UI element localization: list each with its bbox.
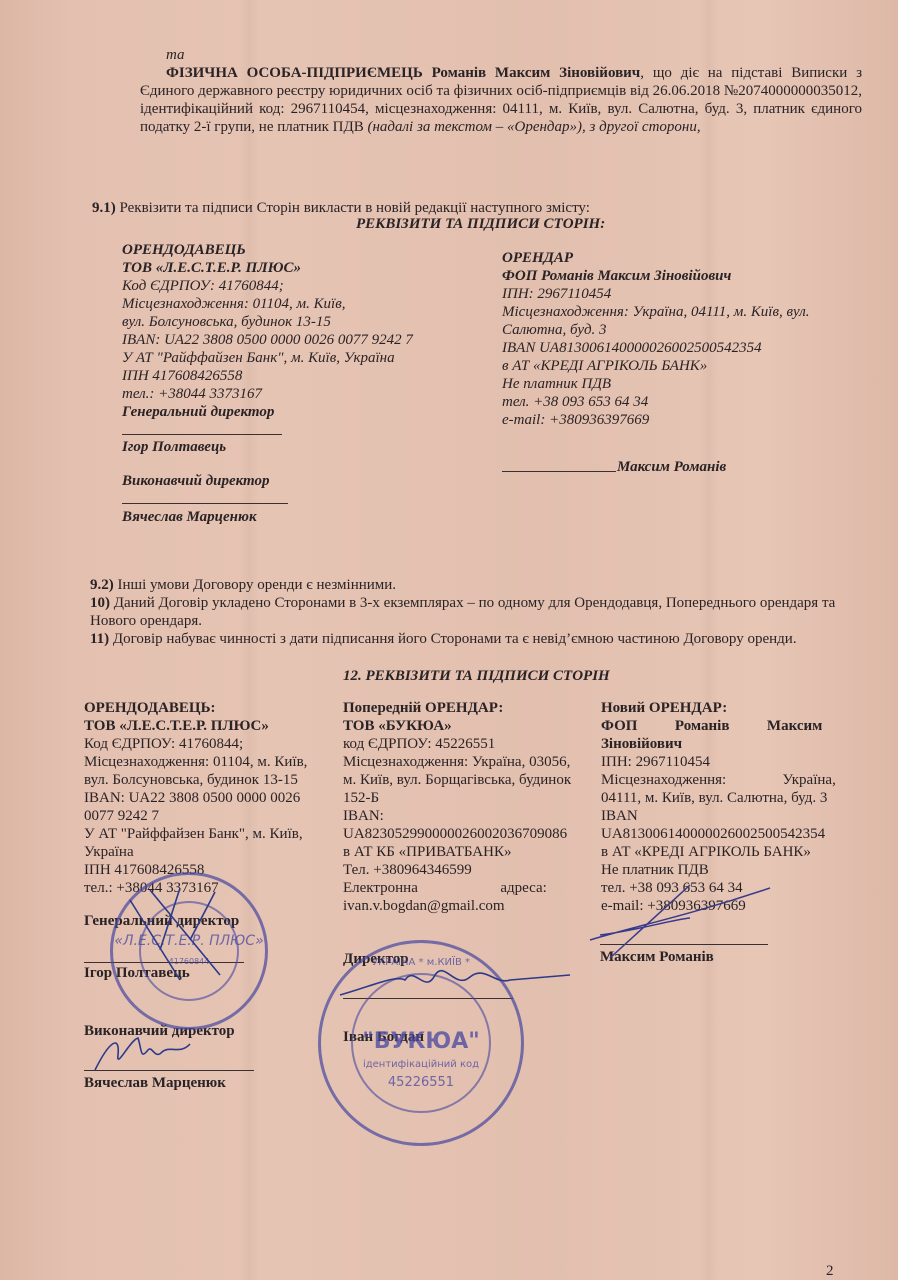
new-tenant-signature (580, 880, 780, 960)
clause-number: 11) (90, 631, 109, 647)
lessor-role: ОРЕНДОДАВЕЦЬ: (84, 699, 334, 717)
old-lessor-signer-1: Ігор Полтавець (122, 438, 226, 456)
old-lessor-line: ІПН 417608426558 (122, 367, 482, 385)
stamp-company-name: "БУКЮА" (321, 1029, 521, 1054)
old-lessor-signer-2: Вячеслав Марценюк (122, 508, 257, 526)
prev-tenant-line: в АТ КБ «ПРИВАТБАНК» (343, 843, 593, 861)
new-tenant-line: Не платник ПДВ (601, 861, 841, 879)
lessor-line: IBAN: UA22 3808 0500 0000 0026 (84, 789, 334, 807)
prev-tenant-line: 152-Б (343, 789, 593, 807)
new-tenant-line: 04111, м. Київ, вул. Салютна, буд. 3 (601, 789, 841, 807)
signature-line (502, 471, 616, 472)
old-tenant-line: Салютна, буд. 3 (502, 321, 847, 339)
clause-9-2: 9.2) Інші умови Договору оренди є незмін… (90, 576, 850, 594)
lessor-line: Місцезнаходження: 01104, м. Київ, (84, 753, 334, 771)
old-lessor-line: У АТ "Райффайзен Банк", м. Київ, Україна (122, 349, 482, 367)
intro-paragraph: ФІЗИЧНА ОСОБА-ПІДПРИЄМЕЦЬ Романів Максим… (140, 64, 862, 136)
old-tenant-block: ОРЕНДАР ФОП Романів Максим Зіновійович І… (502, 249, 847, 429)
old-lessor-name: ТОВ «Л.Е.С.Т.Е.Р. ПЛЮС» (122, 259, 482, 277)
old-lessor-role: ОРЕНДОДАВЕЦЬ (122, 241, 482, 259)
lessor-line: Україна (84, 843, 334, 861)
lessor-name: ТОВ «Л.Е.С.Т.Е.Р. ПЛЮС» (84, 717, 334, 735)
old-tenant-line: Не платник ПДВ (502, 375, 847, 393)
intro-party-name: ФІЗИЧНА ОСОБА-ПІДПРИЄМЕЦЬ Романів Максим… (166, 65, 640, 81)
old-tenant-line: Місцезнаходження: Україна, 04111, м. Киї… (502, 303, 847, 321)
clauses-block: 9.2) Інші умови Договору оренди є незмін… (90, 576, 850, 648)
section-12-heading: 12. РЕКВІЗИТИ ТА ПІДПИСИ СТОРІН (343, 667, 610, 685)
old-requisites-heading: РЕКВІЗИТИ ТА ПІДПИСИ СТОРІН: (356, 215, 605, 233)
stamp-label: ідентифікаційний код (321, 1059, 521, 1070)
old-lessor-line: Код ЄДРПОУ: 41760844; (122, 277, 482, 295)
prev-tenant-role: Попередній ОРЕНДАР: (343, 699, 593, 717)
old-lessor-line: IBAN: UA22 3808 0500 0000 0026 0077 9242… (122, 331, 482, 349)
old-lessor-block: ОРЕНДОДАВЕЦЬ ТОВ «Л.Е.С.Т.Е.Р. ПЛЮС» Код… (122, 241, 482, 421)
lessor-signature-2 (90, 1030, 200, 1075)
old-tenant-line: ІПН: 2967110454 (502, 285, 847, 303)
clause-number: 9.1) (92, 200, 116, 216)
old-tenant-name: ФОП Романів Максим Зіновійович (502, 267, 847, 285)
old-lessor-line: Місцезнаходження: 01104, м. Київ, (122, 295, 482, 313)
lessor-signature-1 (120, 880, 250, 990)
new-tenant-line: в АТ «КРЕДІ АГРІКОЛЬ БАНК» (601, 843, 841, 861)
clause-number: 9.2) (90, 577, 114, 593)
lessor-line: У АТ "Райффайзен Банк", м. Київ, (84, 825, 334, 843)
intro-ta: та (166, 46, 185, 64)
lessor-line: Код ЄДРПОУ: 41760844; (84, 735, 334, 753)
new-tenant-line: IBAN (601, 807, 841, 825)
prev-tenant-name: ТОВ «БУКЮА» (343, 717, 593, 735)
new-tenant-name-cont: Зіновійович (601, 735, 841, 753)
clause-11: 11) Договір набуває чинності з дати підп… (90, 630, 850, 648)
old-lessor-position-2: Виконавчий директор (122, 472, 270, 490)
prev-tenant-line: Місцезнаходження: Україна, 03056, (343, 753, 593, 771)
old-lessor-line: тел.: +38044 3373167 (122, 385, 482, 403)
old-tenant-role: ОРЕНДАР (502, 249, 847, 267)
new-tenant-line: Місцезнаходження: Україна, (601, 771, 841, 789)
stamp-code: 45226551 (321, 1075, 521, 1090)
old-tenant-line: тел. +38 093 653 64 34 (502, 393, 847, 411)
page-number: 2 (826, 1262, 834, 1280)
prev-tenant-block: Попередній ОРЕНДАР: ТОВ «БУКЮА» код ЄДРП… (343, 699, 593, 915)
clause-number: 10) (90, 595, 110, 611)
lessor-line: 0077 9242 7 (84, 807, 334, 825)
signature-line (122, 434, 282, 435)
signature-line (122, 503, 288, 504)
old-tenant-line: e-mail: +380936397669 (502, 411, 847, 429)
lessor-signer-2: Вячеслав Марценюк (84, 1074, 226, 1092)
prev-tenant-line: UA823052990000026002036709086 (343, 825, 593, 843)
old-tenant-signer: Максим Романів (617, 458, 726, 476)
prev-tenant-signature (335, 955, 575, 1015)
intro-party-alias: (надалі за текстом – «Орендар»), з друго… (367, 119, 700, 135)
prev-tenant-line: IBAN: (343, 807, 593, 825)
new-tenant-line: ІПН: 2967110454 (601, 753, 841, 771)
old-lessor-line: вул. Болсуновська, будинок 13-15 (122, 313, 482, 331)
new-tenant-line: UA813006140000026002500542354 (601, 825, 841, 843)
clause-text: Реквізити та підписи Сторін викласти в н… (116, 200, 590, 216)
prev-tenant-line: м. Київ, вул. Борщагівська, будинок (343, 771, 593, 789)
prev-tenant-email: ivan.v.bogdan@gmail.com (343, 897, 593, 915)
clause-text: Договір набуває чинності з дати підписан… (109, 631, 796, 647)
old-tenant-line: IBAN UA813006140000026002500542354 (502, 339, 847, 357)
clause-text: Даний Договір укладено Сторонами в 3-х е… (90, 595, 835, 629)
old-lessor-position-1: Генеральний директор (122, 403, 482, 421)
lessor-line: вул. Болсуновська, будинок 13-15 (84, 771, 334, 789)
prev-tenant-line: Електронна адреса: (343, 879, 593, 897)
old-tenant-line: в АТ «КРЕДІ АГРІКОЛЬ БАНК» (502, 357, 847, 375)
prev-tenant-line: Тел. +380964346599 (343, 861, 593, 879)
lessor-block: ОРЕНДОДАВЕЦЬ: ТОВ «Л.Е.С.Т.Е.Р. ПЛЮС» Ко… (84, 699, 334, 897)
new-tenant-name: ФОП Романів Максим (601, 717, 841, 735)
prev-tenant-line: код ЄДРПОУ: 45226551 (343, 735, 593, 753)
clause-text: Інші умови Договору оренди є незмінними. (114, 577, 396, 593)
new-tenant-role: Новий ОРЕНДАР: (601, 699, 841, 717)
clause-10: 10) Даний Договір укладено Сторонами в 3… (90, 594, 850, 630)
